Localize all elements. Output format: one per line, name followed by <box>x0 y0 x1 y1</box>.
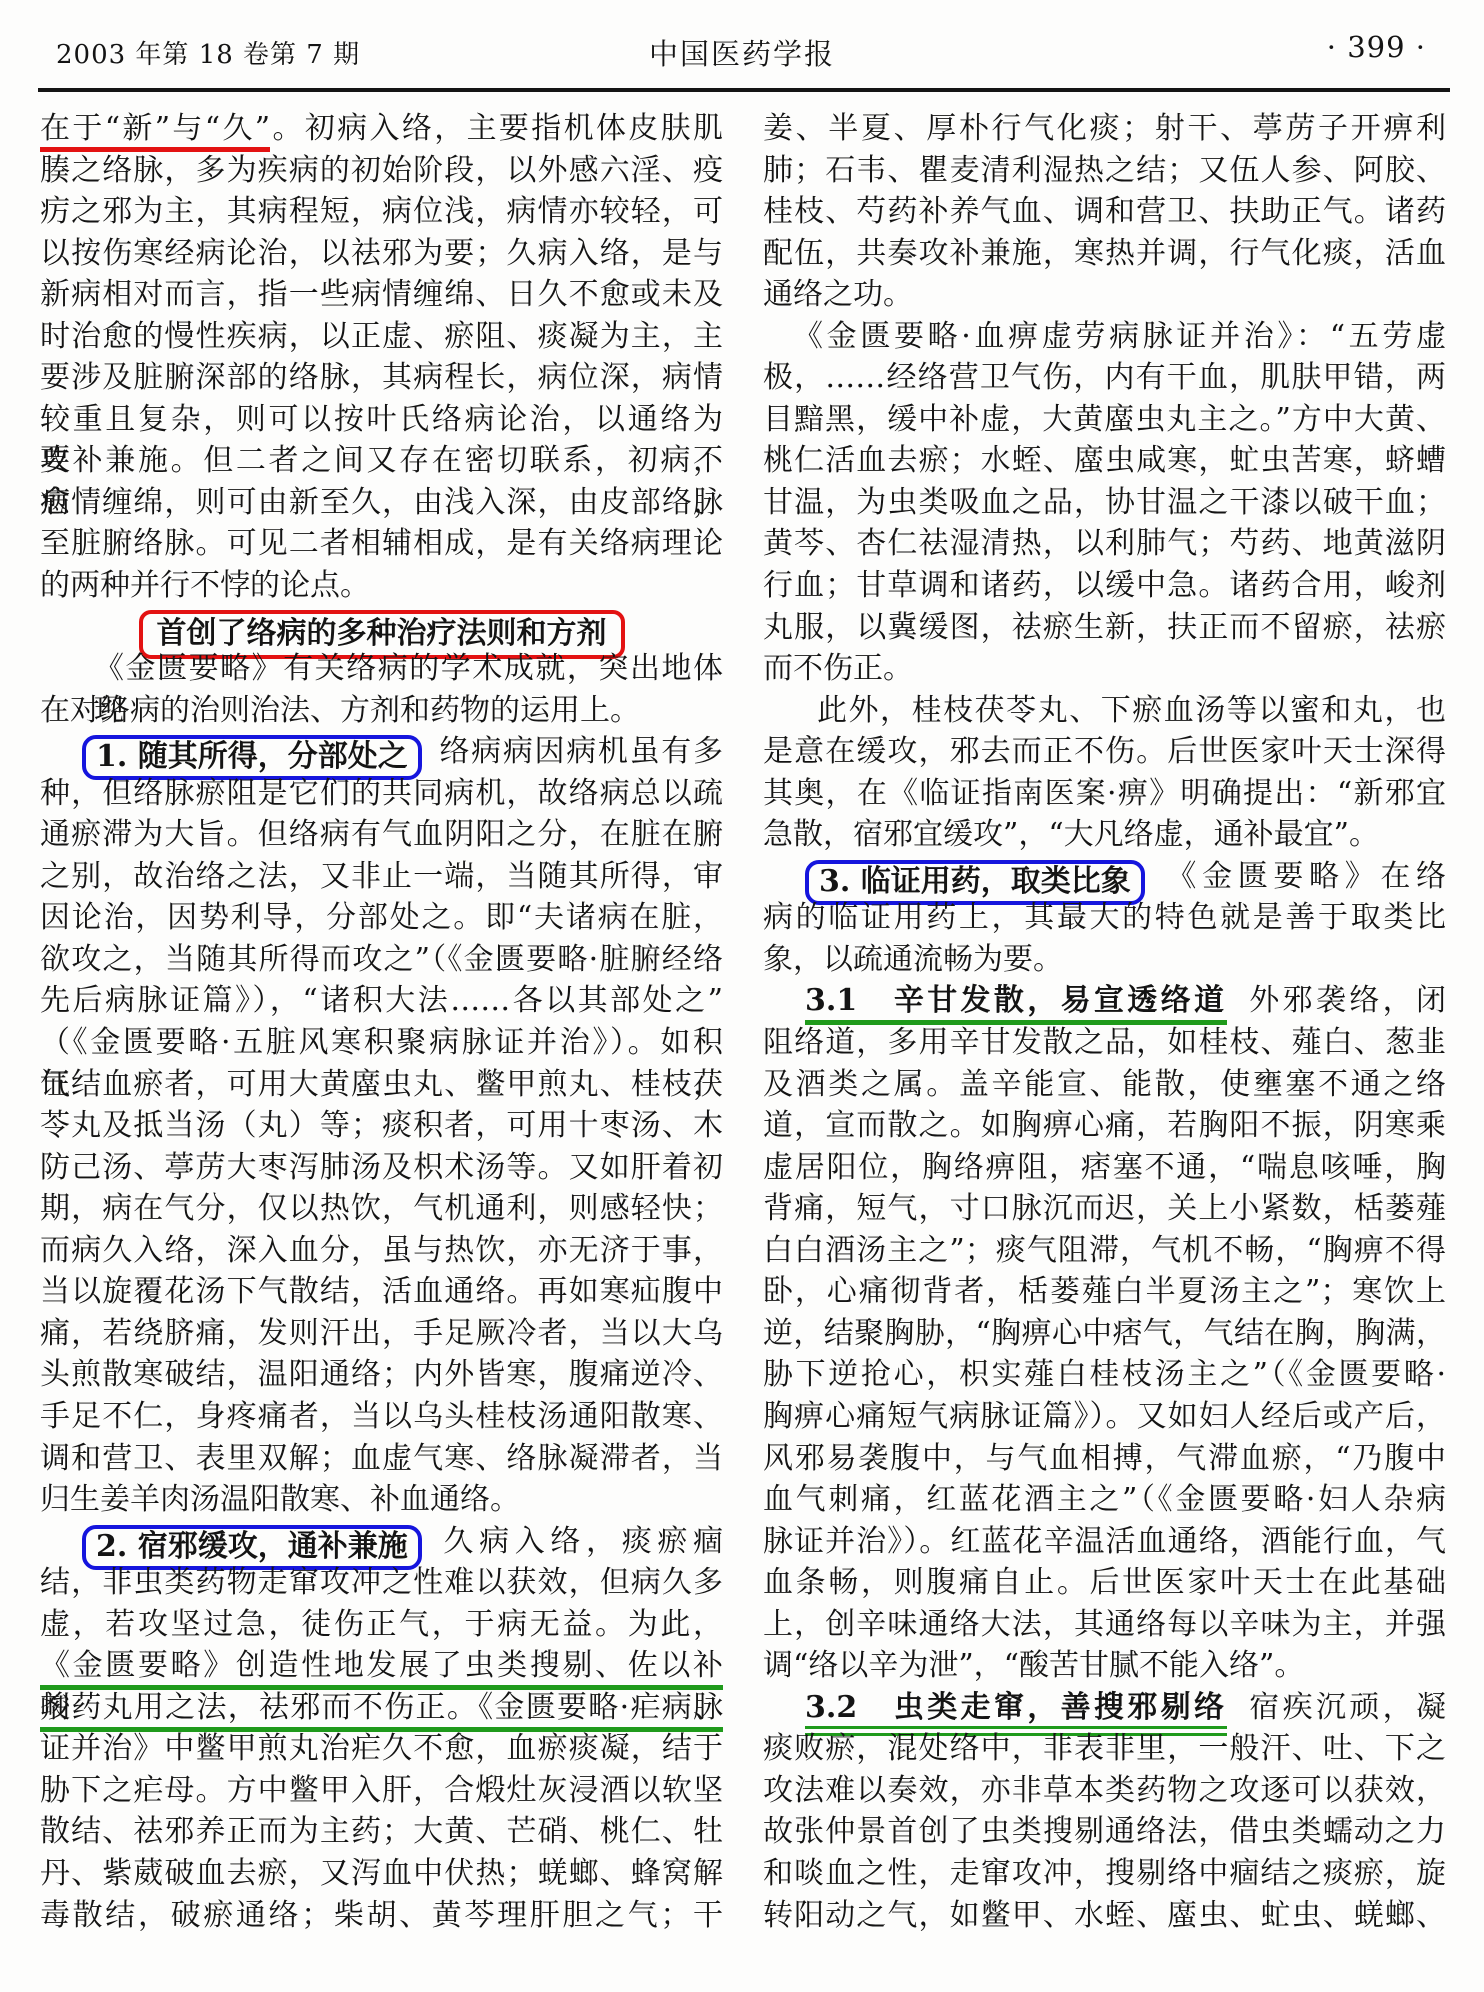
text-line: 腠之络脉，多为疾病的初始阶段，以外感六淫、疫 <box>40 150 723 192</box>
text-line: 在于“新”与“久”。初病入络，主要指机体皮肤肌 <box>40 108 723 150</box>
text-segment: 逆，结聚胸胁，“胸痹心中痞气，气结在胸，胸满， <box>763 1316 1446 1351</box>
right-column: 姜、半夏、厚朴行气化痰；射干、葶苈子开痹利肺；石韦、瞿麦清利湿热之结；又伍人参、… <box>763 108 1446 1936</box>
text-line: 虚，若攻坚过急，徒伤正气，于病无益。为此， <box>40 1604 723 1646</box>
text-line: 甘温，为虫类吸血之品，协甘温之干漆以破干血； <box>763 482 1446 524</box>
text-segment: 痰败瘀，混处络中，非表非里，一般汗、吐、下之 <box>763 1731 1446 1766</box>
text-line: 虚居阳位，胸络痹阻，痞塞不通，“喘息咳唾，胸 <box>763 1147 1446 1189</box>
text-line: 之别，故治络之法，又非止一端，当随其所得，审 <box>40 856 723 898</box>
text-line: 桃仁活血去瘀；水蛭、䗪虫咸寒，虻虫苦寒，蛴螬 <box>763 440 1446 482</box>
text-line: 毒散结，破瘀通络；柴胡、黄芩理肝胆之气；干 <box>40 1895 723 1937</box>
text-segment: 肺；石韦、瞿麦清利湿热之结；又伍人参、阿胶、 <box>763 153 1446 188</box>
text-segment: 病情缠绵，则可由新至久，由浅入深，由皮部络脉 <box>40 485 723 520</box>
text-segment: 象，以疏通流畅为要。 <box>763 942 1063 977</box>
text-line: 先后病脉证篇》），“诸积大法……各以其部处之” <box>40 980 723 1022</box>
text-line: 胸痹心痛短气病脉证篇》）。又如妇人经后或产后， <box>763 1396 1446 1438</box>
header-divider <box>38 88 1450 92</box>
text-line: 姜、半夏、厚朴行气化痰；射干、葶苈子开痹利 <box>763 108 1446 150</box>
text-line: 攻补兼施。但二者之间又存在密切联系，初病不愈， <box>40 440 723 482</box>
text-segment: 《金匮要略》在络 <box>1161 859 1446 894</box>
text-segment: 黄芩、杏仁祛湿清热，以利肺气；芍药、地黄滋阴 <box>763 526 1446 561</box>
text-segment: 调和营卫、表里双解；血虚气寒、络脉凝滞者，当 <box>40 1441 723 1476</box>
text-segment: 胸痹心痛短气病脉证篇》）。又如妇人经后或产后， <box>763 1399 1446 1434</box>
text-segment: 时治愈的慢性疾病，以正虚、瘀阻、痰凝为主，主 <box>40 319 723 354</box>
text-line: 转阳动之气，如鳖甲、水蛭、䗪虫、虻虫、蜣螂、 <box>763 1895 1446 1937</box>
text-segment: 先后病脉证篇》），“诸积大法……各以其部处之” <box>40 983 723 1018</box>
text-segment: 阻络道，多用辛甘发散之品，如桂枝、薤白、葱韭 <box>763 1025 1446 1060</box>
text-segment: 背痛，短气，寸口脉沉而迟，关上小紧数，栝蒌薤 <box>763 1191 1446 1226</box>
text-segment: 通络之功。 <box>763 277 913 312</box>
text-line: 时治愈的慢性疾病，以正虚、瘀阻、痰凝为主，主 <box>40 316 723 358</box>
text-line: 血气刺痛，红蓝花酒主之”（《金匮要略·妇人杂病 <box>763 1479 1446 1521</box>
text-line: 极，……经络营卫气伤，内有干血，肌肤甲错，两 <box>763 357 1446 399</box>
text-segment: 散结、祛邪养正而为主药；大黄、芒硝、桃仁、牡 <box>40 1814 723 1849</box>
text-line: 白白酒汤主之”；痰气阻滞，气机不畅，“胸痹不得 <box>763 1230 1446 1272</box>
text-segment: 行血；甘草调和诸药，以缓中急。诸药合用，峻剂 <box>763 568 1446 603</box>
text-segment: 气结血瘀者，可用大黄䗪虫丸、鳖甲煎丸、桂枝茯 <box>40 1067 723 1102</box>
text-line: 桂枝、芍药补养气血、调和营卫、扶助正气。诸药 <box>763 191 1446 233</box>
subsection-heading-green-underlined: 3.1 辛甘发散，易宣透络道 <box>805 983 1227 1025</box>
text-segment: 通瘀滞为大旨。但络病有气血阴阳之分，在脏在腑 <box>40 817 723 852</box>
text-segment: 。初病入络，主要指机体皮肤肌 <box>270 111 723 146</box>
text-segment: 虚，若攻坚过急，徒伤正气，于病无益。为此， <box>40 1607 723 1642</box>
text-line: 行血；甘草调和诸药，以缓中急。诸药合用，峻剂 <box>763 565 1446 607</box>
text-segment: 而病久入络，深入血分，虽与热饮，亦无济于事， <box>40 1233 723 1268</box>
text-line: 《金匮要略·血痹虚劳病脉证并治》：“五劳虚 <box>763 316 1446 358</box>
text-segment: 外邪袭络，闭 <box>1249 983 1446 1018</box>
text-segment: 和啖血之性，走窜攻冲，搜剔络中痼结之痰瘀，旋 <box>763 1856 1446 1891</box>
text-line: 及酒类之属。盖辛能宣、能散，使壅塞不通之络 <box>763 1064 1446 1106</box>
text-line: 调“络以辛为泄”，“酸苦甘腻不能入络”。 <box>763 1645 1446 1687</box>
text-segment: 新病相对而言，指一些病情缠绵、日久不愈或未及 <box>40 277 723 312</box>
text-segment: 目黯黑，缓中补虚，大黄䗪虫丸主之。”方中大黄、 <box>763 402 1446 437</box>
text-segment: 腠之络脉，多为疾病的初始阶段，以外感六淫、疫 <box>40 153 723 188</box>
text-line: 背痛，短气，寸口脉沉而迟，关上小紧数，栝蒌薤 <box>763 1188 1446 1230</box>
text-segment: 宿疾沉顽，凝 <box>1249 1690 1446 1725</box>
text-segment: 故张仲景首创了虫类搜剔通络法，借虫类蠕动之力 <box>763 1814 1446 1849</box>
text-line: 2. 宿邪缓攻，通补兼施久病入络，痰瘀痼 <box>40 1521 723 1563</box>
text-line: 丹、紫葳破血去瘀，又泻血中伏热；蜣螂、蜂窝解 <box>40 1853 723 1895</box>
text-segment: 桃仁活血去瘀；水蛭、䗪虫咸寒，虻虫苦寒，蛴螬 <box>763 443 1446 478</box>
text-segment: 《金匮要略·血痹虚劳病脉证并治》：“五劳虚 <box>793 319 1446 354</box>
text-segment: 极，……经络营卫气伤，内有干血，肌肤甲错，两 <box>763 360 1446 395</box>
text-line: 目黯黑，缓中补虚，大黄䗪虫丸主之。”方中大黄、 <box>763 399 1446 441</box>
text-line: 配伍，共奏攻补兼施，寒热并调，行气化痰，活血 <box>763 233 1446 275</box>
text-line: 《金匮要略》有关络病的学术成就，突出地体现 <box>40 648 723 690</box>
text-segment: 虚居阳位，胸络痹阻，痞塞不通，“喘息咳唾，胸 <box>763 1150 1446 1185</box>
text-segment: 归生姜羊肉汤温阳散寒、补血通络。 <box>40 1482 520 1517</box>
text-segment: 风邪易袭腹中，与气血相搏，气滞血瘀，“乃腹中 <box>763 1441 1446 1476</box>
text-segment: 此外，桂枝茯苓丸、下瘀血汤等以蜜和丸，也 <box>817 693 1446 728</box>
text-segment: 要涉及脏腑深部的络脉，其病程长，病位深，病情 <box>40 360 723 395</box>
text-segment: 之别，故治络之法，又非止一端，当随其所得，审 <box>40 859 723 894</box>
text-segment: 脉证并治》）。红蓝花辛温活血通络，酒能行血，气 <box>763 1524 1446 1559</box>
text-line: 通瘀滞为大旨。但络病有气血阴阳之分，在脏在腑 <box>40 814 723 856</box>
text-line: （《金匮要略·五脏风寒积聚病脉证并治》）。如积证， <box>40 1022 723 1064</box>
text-line: 种，但络脉瘀阻是它们的共同病机，故络病总以疏 <box>40 773 723 815</box>
text-segment: 丸服，以冀缓图，祛瘀生新，扶正而不留瘀，祛瘀 <box>763 610 1446 645</box>
text-segment: 是意在缓攻，邪去而正不伤。后世医家叶天士深得 <box>763 734 1446 769</box>
text-segment: 胁下逆抢心，枳实薤白桂枝汤主之”（《金匮要略· <box>763 1357 1446 1392</box>
text-segment: 转阳动之气，如鳖甲、水蛭、䗪虫、虻虫、蜣螂、 <box>763 1898 1446 1933</box>
text-segment: 胁下之疟母。方中鳖甲入肝，合煅灶灰浸酒以软坚 <box>40 1773 723 1808</box>
text-segment: 急散，宿邪宜缓攻”，“大凡络虚，通补最宜”。 <box>763 817 1379 852</box>
page-header: 2003 年第 18 卷第 7 期 中国医药学报 · 399 · <box>0 0 1484 88</box>
text-segment: 血气刺痛，红蓝花酒主之”（《金匮要略·妇人杂病 <box>763 1482 1446 1517</box>
text-segment: 卧，心痛彻背者，栝蒌薤白半夏汤主之”；寒饮上 <box>763 1274 1446 1309</box>
text-line: 较重且复杂，则可以按叶氏络病论治，以通络为要， <box>40 399 723 441</box>
text-line: 手足不仁，身疼痛者，当以乌头桂枝汤通阳散寒、 <box>40 1396 723 1438</box>
text-segment: 调“络以辛为泄”，“酸苦甘腻不能入络”。 <box>763 1648 1304 1683</box>
text-segment: 证并治》中鳖甲煎丸治疟久不愈，血瘀痰凝，结于 <box>40 1731 723 1766</box>
journal-title: 中国医药学报 <box>649 32 835 73</box>
text-line: 欲攻之，当随其所得而攻之”（《金匮要略·脏腑经络 <box>40 939 723 981</box>
text-line: 攻法难以奏效，亦非草本类药物之攻逐可以获效， <box>763 1770 1446 1812</box>
left-column: 在于“新”与“久”。初病入络，主要指机体皮肤肌腠之络脉，多为疾病的初始阶段，以外… <box>40 108 723 1936</box>
text-line: 3.1 辛甘发散，易宣透络道外邪袭络，闭 <box>763 980 1446 1022</box>
text-segment: 以按伤寒经病论治，以祛邪为要；久病入络，是与 <box>40 236 723 271</box>
text-line: 调和营卫、表里双解；血虚气寒、络脉凝滞者，当 <box>40 1438 723 1480</box>
text-line: 黄芩、杏仁祛湿清热，以利肺气；芍药、地黄滋阴 <box>763 523 1446 565</box>
text-line: 而病久入络，深入血分，虽与热饮，亦无济于事， <box>40 1230 723 1272</box>
text-segment: 血条畅，则腹痛自止。后世医家叶天士在此基础 <box>763 1565 1446 1600</box>
text-segment: 因论治，因势利导，分部处之。即“夫诸病在脏， <box>40 900 723 935</box>
text-line: 疠之邪为主，其病程短，病位浅，病情亦较轻，可 <box>40 191 723 233</box>
text-line: 苓丸及抵当汤（丸）等；痰积者，可用十枣汤、木 <box>40 1105 723 1147</box>
text-line: 因论治，因势利导，分部处之。即“夫诸病在脏， <box>40 897 723 939</box>
text-segment: 络病病因病机虽有多 <box>438 734 723 769</box>
text-line: 道，宣而散之。如胸痹心痛，若胸阳不振，阴寒乘 <box>763 1105 1446 1147</box>
text-line: 其奥，在《临证指南医案·痹》明确提出：“新邪宜 <box>763 773 1446 815</box>
text-segment: 期，病在气分，仅以热饮，气机通利，则感轻快； <box>40 1191 723 1226</box>
text-segment: 防己汤、葶苈大枣泻肺汤及枳术汤等。又如肝着初 <box>40 1150 723 1185</box>
text-segment: 毒散结，破瘀通络；柴胡、黄芩理肝胆之气；干 <box>40 1898 723 1933</box>
text-segment: 病的临证用药上，其最大的特色就是善于取类比 <box>763 900 1446 935</box>
text-line: 胁下逆抢心，枳实薤白桂枝汤主之”（《金匮要略· <box>763 1354 1446 1396</box>
text-line: 峻药丸用之法，祛邪而不伤正。《金匮要略·疟病脉 <box>40 1687 723 1729</box>
text-segment: 的两种并行不悖的论点。 <box>40 568 370 603</box>
text-segment: 疠之邪为主，其病程短，病位浅，病情亦较轻，可 <box>40 194 723 229</box>
text-line: 上，创辛味通络大法，其通络每以辛味为主，并强 <box>763 1604 1446 1646</box>
text-line: 头煎散寒破结，温阳通络；内外皆寒，腹痛逆冷、 <box>40 1354 723 1396</box>
text-segment: 结，非虫类药物走窜攻冲之性难以获效，但病久多 <box>40 1565 723 1600</box>
text-segment: 种，但络脉瘀阻是它们的共同病机，故络病总以疏 <box>40 776 723 811</box>
text-line: 阻络道，多用辛甘发散之品，如桂枝、薤白、葱韭 <box>763 1022 1446 1064</box>
text-line: 痰败瘀，混处络中，非表非里，一般汗、吐、下之 <box>763 1728 1446 1770</box>
article-body: 在于“新”与“久”。初病入络，主要指机体皮肤肌腠之络脉，多为疾病的初始阶段，以外… <box>40 108 1446 1936</box>
section-heading-line: 首创了络病的多种治疗法则和方剂 <box>40 607 723 649</box>
text-line: 3. 临证用药，取类比象《金匮要略》在络 <box>763 856 1446 898</box>
text-segment: 欲攻之，当随其所得而攻之”（《金匮要略·脏腑经络 <box>40 942 723 977</box>
text-segment: 攻法难以奏效，亦非草本类药物之攻逐可以获效， <box>763 1773 1446 1808</box>
text-line: 故张仲景首创了虫类搜剔通络法，借虫类蠕动之力 <box>763 1811 1446 1853</box>
text-segment: 头煎散寒破结，温阳通络；内外皆寒，腹痛逆冷、 <box>40 1357 723 1392</box>
text-line: 病的临证用药上，其最大的特色就是善于取类比 <box>763 897 1446 939</box>
text-segment: 丹、紫葳破血去瘀，又泻血中伏热；蜣螂、蜂窝解 <box>40 1856 723 1891</box>
text-segment: 当以旋覆花汤下气散结，活血通络。再如寒疝腹中 <box>40 1274 723 1309</box>
text-line: 结，非虫类药物走窜攻冲之性难以获效，但病久多 <box>40 1562 723 1604</box>
text-segment: 久病入络，痰瘀痼 <box>438 1524 723 1559</box>
text-line: 脉证并治》）。红蓝花辛温活血通络，酒能行血，气 <box>763 1521 1446 1563</box>
text-line: 至脏腑络脉。可见二者相辅相成，是有关络病理论 <box>40 523 723 565</box>
text-line: 散结、祛邪养正而为主药；大黄、芒硝、桃仁、牡 <box>40 1811 723 1853</box>
page-number: · 399 · <box>1327 30 1426 64</box>
text-line: 此外，桂枝茯苓丸、下瘀血汤等以蜜和丸，也 <box>763 690 1446 732</box>
text-line: 卧，心痛彻背者，栝蒌薤白半夏汤主之”；寒饮上 <box>763 1271 1446 1313</box>
text-line: 在对络病的治则治法、方剂和药物的运用上。 <box>40 690 723 732</box>
text-segment: 至脏腑络脉。可见二者相辅相成，是有关络病理论 <box>40 526 723 561</box>
text-line: 丸服，以冀缓图，祛瘀生新，扶正而不留瘀，祛瘀 <box>763 607 1446 649</box>
text-line: 而不伤正。 <box>763 648 1446 690</box>
text-line: 通络之功。 <box>763 274 1446 316</box>
text-segment: 《金匮要略·疟病脉 <box>478 1690 723 1725</box>
text-line: 病情缠绵，则可由新至久，由浅入深，由皮部络脉 <box>40 482 723 524</box>
text-line: 防己汤、葶苈大枣泻肺汤及枳术汤等。又如肝着初 <box>40 1147 723 1189</box>
text-line: 1. 随其所得，分部处之络病病因病机虽有多 <box>40 731 723 773</box>
text-segment: 道，宣而散之。如胸痹心痛，若胸阳不振，阴寒乘 <box>763 1108 1446 1143</box>
text-segment: 桂枝、芍药补养气血、调和营卫、扶助正气。诸药 <box>763 194 1446 229</box>
text-line: 肺；石韦、瞿麦清利湿热之结；又伍人参、阿胶、 <box>763 150 1446 192</box>
text-segment: 及酒类之属。盖辛能宣、能散，使壅塞不通之络 <box>763 1067 1446 1102</box>
text-line: 3.2 虫类走窜，善搜邪剔络宿疾沉顽，凝 <box>763 1687 1446 1729</box>
text-line: 当以旋覆花汤下气散结，活血通络。再如寒疝腹中 <box>40 1271 723 1313</box>
text-line: 《金匮要略》创造性地发展了虫类搜剔、佐以补剂、 <box>40 1645 723 1687</box>
text-line: 期，病在气分，仅以热饮，气机通利，则感轻快； <box>40 1188 723 1230</box>
text-segment: 甘温，为虫类吸血之品，协甘温之干漆以破干血； <box>763 485 1446 520</box>
text-line: 证并治》中鳖甲煎丸治疟久不愈，血瘀痰凝，结于 <box>40 1728 723 1770</box>
text-segment: 姜、半夏、厚朴行气化痰；射干、葶苈子开痹利 <box>763 111 1446 146</box>
text-segment: 白白酒汤主之”；痰气阻滞，气机不畅，“胸痹不得 <box>763 1233 1446 1268</box>
text-segment: 痛，若绕脐痛，发则汗出，手足厥冷者，当以大乌 <box>40 1316 723 1351</box>
text-line: 的两种并行不悖的论点。 <box>40 565 723 607</box>
text-segment: 手足不仁，身疼痛者，当以乌头桂枝汤通阳散寒、 <box>40 1399 723 1434</box>
text-line: 逆，结聚胸胁，“胸痹心中痞气，气结在胸，胸满， <box>763 1313 1446 1355</box>
text-line: 血条畅，则腹痛自止。后世医家叶天士在此基础 <box>763 1562 1446 1604</box>
red-underlined-phrase: 在于“新”与“久” <box>40 111 270 152</box>
text-segment: 上，创辛味通络大法，其通络每以辛味为主，并强 <box>763 1607 1446 1642</box>
text-segment: 而不伤正。 <box>763 651 913 686</box>
text-segment: 苓丸及抵当汤（丸）等；痰积者，可用十枣汤、木 <box>40 1108 723 1143</box>
text-line: 以按伤寒经病论治，以祛邪为要；久病入络，是与 <box>40 233 723 275</box>
text-line: 象，以疏通流畅为要。 <box>763 939 1446 981</box>
text-segment: 在对络病的治则治法、方剂和药物的运用上。 <box>40 693 640 728</box>
text-line: 急散，宿邪宜缓攻”，“大凡络虚，通补最宜”。 <box>763 814 1446 856</box>
text-line: 新病相对而言，指一些病情缠绵、日久不愈或未及 <box>40 274 723 316</box>
text-line: 要涉及脏腑深部的络脉，其病程长，病位深，病情 <box>40 357 723 399</box>
text-line: 痛，若绕脐痛，发则汗出，手足厥冷者，当以大乌 <box>40 1313 723 1355</box>
text-line: 气结血瘀者，可用大黄䗪虫丸、鳖甲煎丸、桂枝茯 <box>40 1064 723 1106</box>
text-segment: 配伍，共奏攻补兼施，寒热并调，行气化痰，活血 <box>763 236 1446 271</box>
text-line: 风邪易袭腹中，与气血相搏，气滞血瘀，“乃腹中 <box>763 1438 1446 1480</box>
text-line: 和啖血之性，走窜攻冲，搜剔络中痼结之痰瘀，旋 <box>763 1853 1446 1895</box>
green-underlined-phrase: 峻药丸用之法，祛邪而不伤正。 <box>40 1690 478 1732</box>
text-line: 是意在缓攻，邪去而正不伤。后世医家叶天士深得 <box>763 731 1446 773</box>
issue-info: 2003 年第 18 卷第 7 期 <box>56 34 360 71</box>
text-line: 胁下之疟母。方中鳖甲入肝，合煅灶灰浸酒以软坚 <box>40 1770 723 1812</box>
text-segment: 其奥，在《临证指南医案·痹》明确提出：“新邪宜 <box>763 776 1446 811</box>
text-line: 归生姜羊肉汤温阳散寒、补血通络。 <box>40 1479 723 1521</box>
